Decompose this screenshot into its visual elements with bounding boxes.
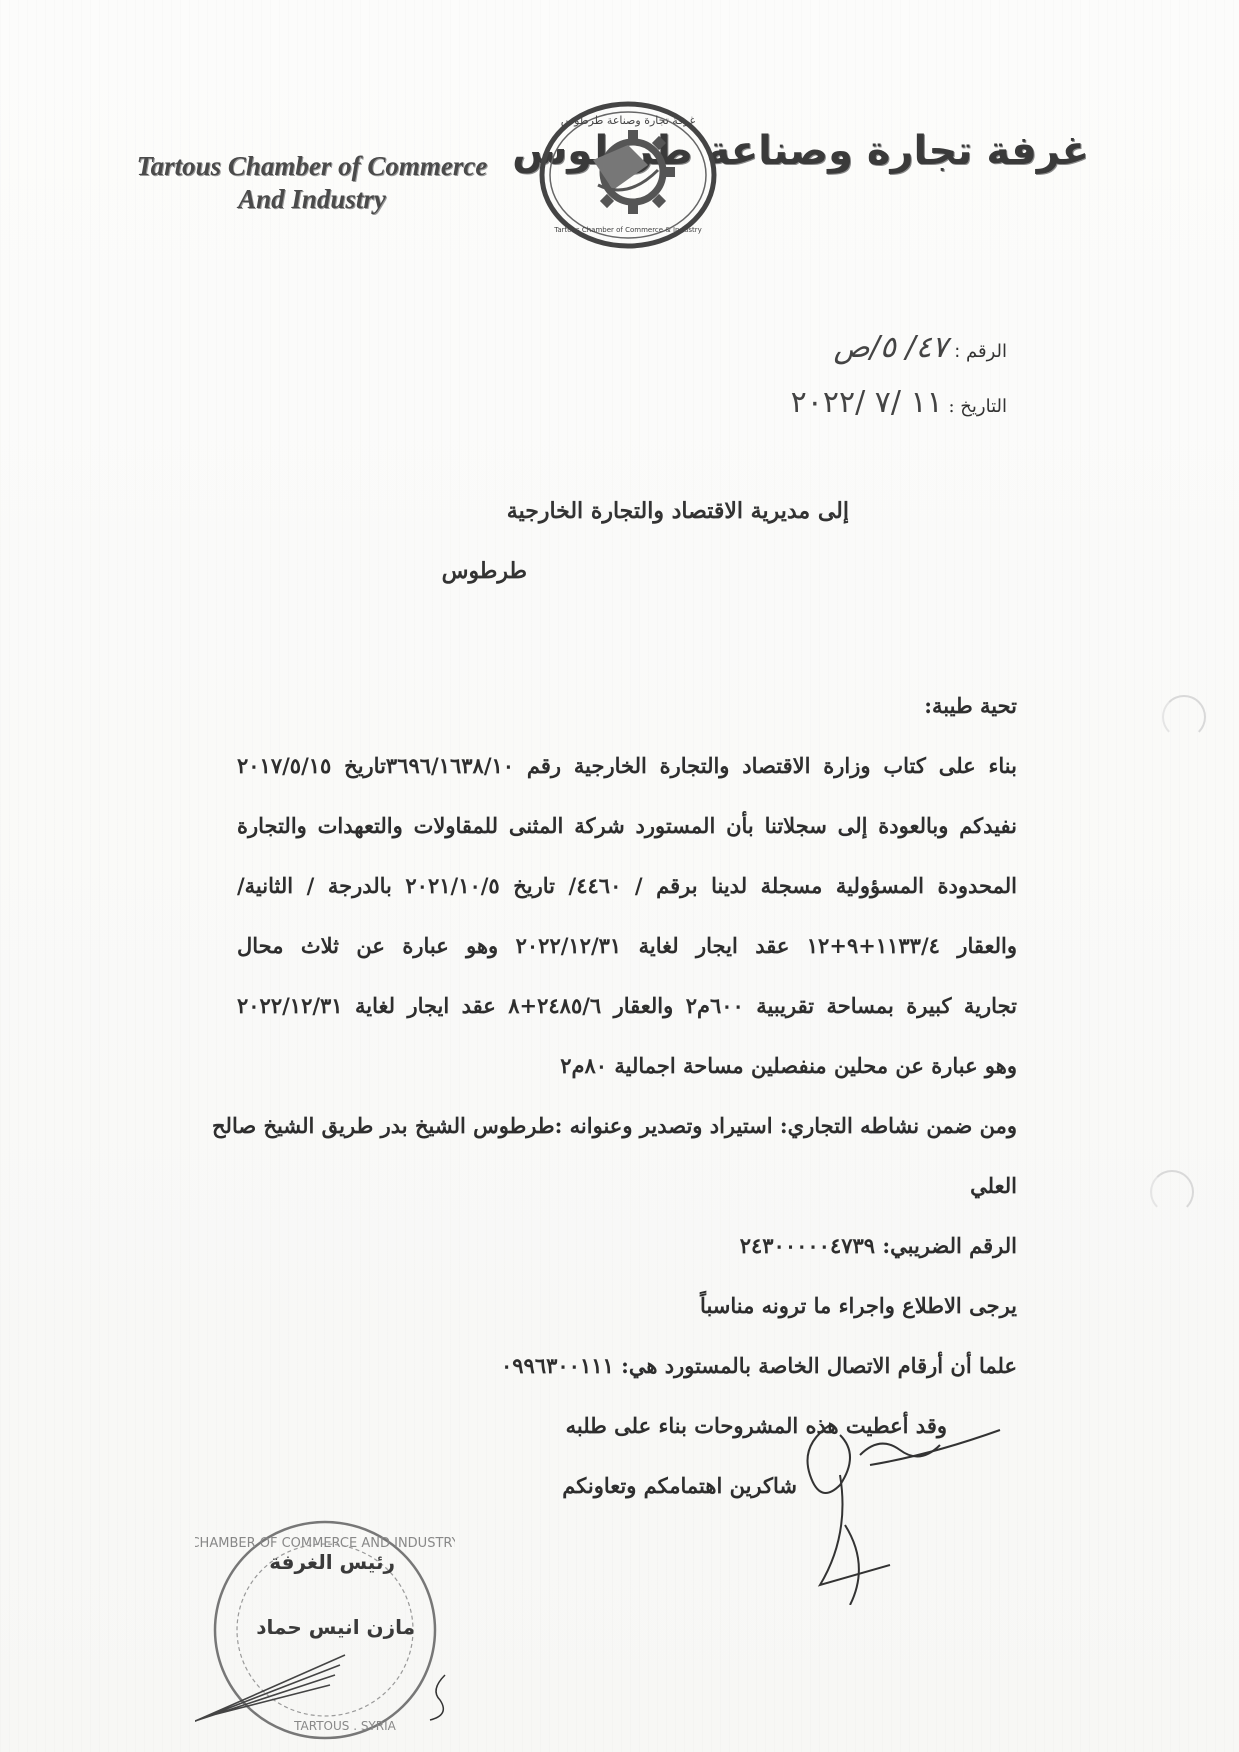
body-line-3: المحدودة المسؤولية مسجلة لدينا برقم / ٤٤… [237,856,1017,916]
svg-text:Tartous Chamber of Commerce &: Tartous Chamber of Commerce & Industry [553,226,702,234]
letterhead-title-english: Tartous Chamber of Commerce And Industry [112,150,512,216]
body-line-1: بناء على كتاب وزارة الاقتصاد والتجارة ال… [237,736,1017,796]
tax-number-value: ٢٤٣٠٠٠٠٠٤٧٣٩ [740,1233,875,1258]
request-line: يرجى الاطلاع واجراء ما ترونه مناسباً [237,1276,1017,1336]
svg-text:CHAMBER OF COMMERCE AND INDUST: CHAMBER OF COMMERCE AND INDUSTRY [195,1536,455,1551]
letterhead-title-english-line2: And Industry [112,183,512,216]
body-line-8: العلي [237,1156,1017,1216]
body-line-6: وهو عبارة عن محلين منفصلين مساحة اجمالية… [237,1036,1017,1096]
punch-hole-mark [1150,1170,1194,1214]
tax-number: الرقم الضريبي: ٢٤٣٠٠٠٠٠٤٧٣٩ [237,1216,1017,1276]
body-line-5: تجارية كبيرة بمساحة تقريبية ٦٠٠م٢ والعقا… [237,976,1017,1036]
signatory-name: مازن انيس حماد [256,1615,415,1639]
letterhead-title-english-line1: Tartous Chamber of Commerce [112,150,512,183]
reference-number-value: ٤٧/ ٥/ص [833,330,947,365]
letter-body: تحية طيبة: بناء على كتاب وزارة الاقتصاد … [237,676,1017,1516]
contact-numbers-label: علما أن أرقام الاتصال الخاصة بالمستورد ه… [621,1353,1017,1378]
handwritten-signature-icon [800,1415,1020,1605]
svg-text:غرفة تجارة وصناعة طرطوس: غرفة تجارة وصناعة طرطوس [561,114,696,127]
contact-numbers: علما أن أرقام الاتصال الخاصة بالمستورد ه… [237,1336,1017,1396]
greeting: تحية طيبة: [237,676,1017,736]
addressee-city: طرطوس [442,558,527,584]
body-line-7: ومن ضمن نشاطه التجاري: استيراد وتصدير وع… [237,1096,1017,1156]
reference-number: الرقم : ٤٧/ ٥/ص [833,330,1007,365]
letter-date: التاريخ : ١١ /٧ /٢٠٢٢ [791,385,1007,420]
addressee-line: إلى مديرية الاقتصاد والتجارة الخارجية [507,498,849,524]
body-line-4: والعقار ١١٣٣/٤+٩+١٢ عقد ايجار لغاية ٢٠٢٢… [237,916,1017,976]
svg-text:TARTOUS . SYRIA: TARTOUS . SYRIA [293,1719,397,1733]
tax-number-label: الرقم الضريبي: [882,1233,1017,1258]
contact-numbers-value: ٠٩٩٦٣٠٠١١١ [501,1353,614,1378]
letter-date-label: التاريخ : [948,396,1007,417]
letter-date-value: ١١ /٧ /٢٠٢٢ [791,385,943,420]
chamber-logo-icon: غرفة تجارة وصناعة طرطوس Tartous Chamber … [538,100,718,250]
punch-hole-mark [1162,695,1206,739]
reference-number-label: الرقم : [954,341,1007,362]
signatory-title: رئيس الغرفة [269,1550,395,1574]
body-line-2: نفيدكم وبالعودة إلى سجلاتنا بأن المستورد… [237,796,1017,856]
official-stamp: CHAMBER OF COMMERCE AND INDUSTRY TARTOUS… [195,1515,455,1745]
